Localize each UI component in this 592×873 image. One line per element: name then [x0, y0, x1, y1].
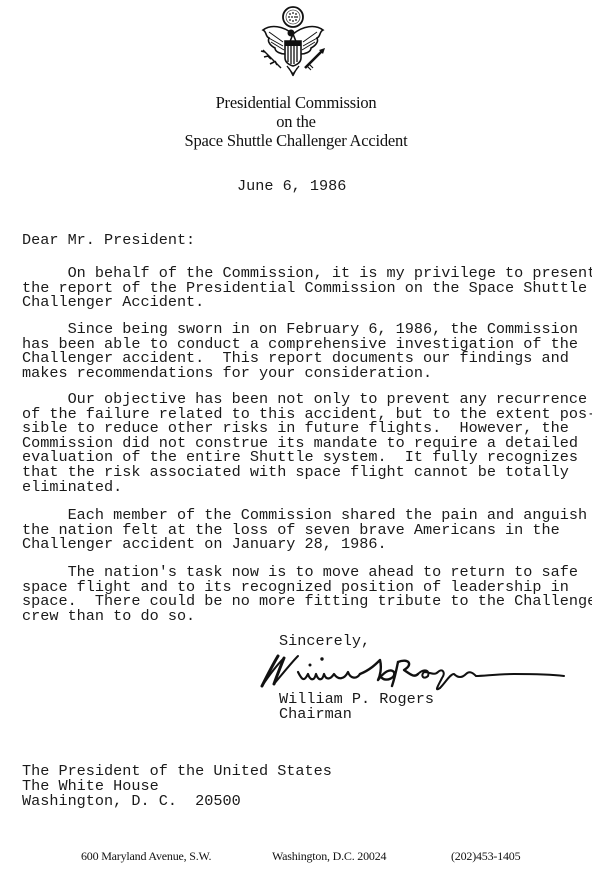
footer-street-address: 600 Maryland Avenue, S.W. — [81, 849, 211, 863]
letterhead-title-line-1: Presidential Commission — [0, 93, 592, 112]
body-paragraph: On behalf of the Commission, it is my pr… — [22, 266, 592, 310]
closing: Sincerely, — [279, 634, 370, 649]
signer-title: Chairman — [279, 707, 352, 722]
footer-phone: (202)453-1405 — [451, 849, 520, 863]
letter-date: June 6, 1986 — [237, 179, 346, 194]
great-seal-eagle-icon — [253, 4, 333, 80]
salutation: Dear Mr. President: — [22, 233, 195, 248]
body-paragraph: Our objective has been not only to preve… — [22, 392, 592, 494]
recipient-address-line-3: Washington, D. C. 20500 — [22, 794, 241, 809]
handwritten-signature-icon — [258, 650, 566, 692]
letterhead-title-line-3: Space Shuttle Challenger Accident — [0, 131, 592, 150]
letterhead-title-line-2: on the — [0, 112, 592, 131]
footer-city: Washington, D.C. 20024 — [272, 849, 386, 863]
body-paragraph: The nation's task now is to move ahead t… — [22, 565, 592, 623]
body-paragraph: Each member of the Commission shared the… — [22, 508, 587, 552]
body-paragraph: Since being sworn in on February 6, 1986… — [22, 322, 578, 380]
